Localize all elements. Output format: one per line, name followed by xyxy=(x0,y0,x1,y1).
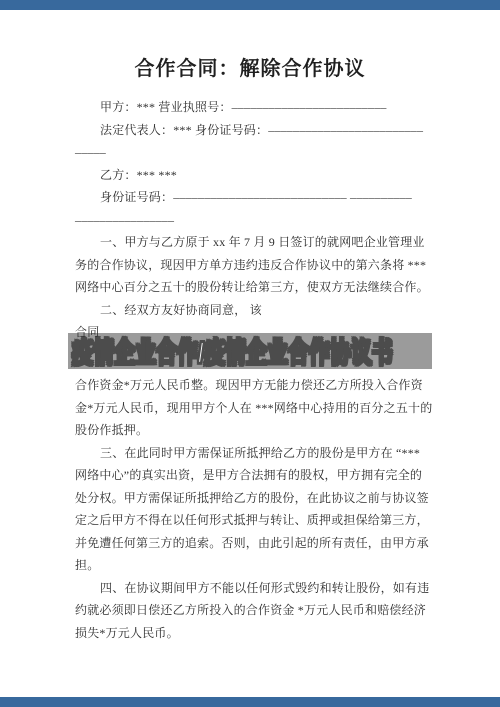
doc-line: 金*万元人民币，现用甲方个人在 ***网络中心持用的百分之五十的 xyxy=(75,397,433,420)
doc-line: 处分权。甲方需保证所抵押给乙方的股份，在此协议之前与协议签 xyxy=(75,487,433,510)
bottom-accent-bar xyxy=(0,697,500,707)
doc-line: 四、在协议期间甲方不能以任何形式毁约和转让股份，如有违 xyxy=(75,577,433,600)
document-title: 合作合同：解除合作协议 xyxy=(0,54,500,84)
doc-line: 损失*万元人民币。 xyxy=(75,622,433,645)
doc-line: 务的合作协议，现因甲方单方违约违反合作协议中的第六条将 *** xyxy=(75,254,433,277)
doc-line: –––––––––––––––– xyxy=(75,209,433,232)
document-body: 甲方：*** 营业执照号：–––––––––––––––––––––––––法定… xyxy=(75,96,433,644)
document-page: 合作合同：解除合作协议 疫情企业合作/疫情企业合作协议书 甲方：*** 营业执照… xyxy=(0,0,500,707)
doc-line: 担。 xyxy=(75,554,433,577)
doc-line: 甲方：*** 营业执照号：––––––––––––––––––––––––– xyxy=(75,96,433,119)
doc-line: 身份证号码：–––––––––––––––––––––––––––– –––––… xyxy=(75,186,433,209)
doc-line: 法定代表人：*** 身份证号码：––––––––––––––––––––––––… xyxy=(75,119,433,142)
doc-line: 约就必须即日偿还乙方所投入的合作资金 *万元人民币和赔偿经济 xyxy=(75,599,433,622)
doc-line: 一、甲方与乙方原于 xx 年 7 月 9 日签订的就网吧企业管理业 xyxy=(75,231,433,254)
doc-line: 乙方：*** *** xyxy=(75,164,433,187)
doc-line: 并免遭任何第三方的追索。否则，由此引起的所有责任，由甲方承 xyxy=(75,532,433,555)
doc-line: ––––– xyxy=(75,141,433,164)
doc-line: 三、在此同时甲方需保证所抵押给乙方的股份是甲方在 “*** xyxy=(75,442,433,465)
doc-line: 二、经双方友好协商同意， 该 xyxy=(75,299,433,322)
doc-line: 定之后甲方不得在以任何形式抵押与转让、质押或担保给第三方， xyxy=(75,509,433,532)
doc-line: 股份作抵押。 xyxy=(75,419,433,442)
top-accent-bar xyxy=(0,0,500,10)
doc-line: 网络中心百分之五十的股份转让给第三方，使双方无法继续合作。 xyxy=(75,276,433,299)
doc-line: 合作资金*万元人民币整。现因甲方无能力偿还乙方所投入合作资 xyxy=(75,374,433,397)
doc-line: 网络中心”的真实出资，是甲方合法拥有的股权，甲方拥有完全的 xyxy=(75,464,433,487)
doc-line: 合同 xyxy=(75,321,433,344)
